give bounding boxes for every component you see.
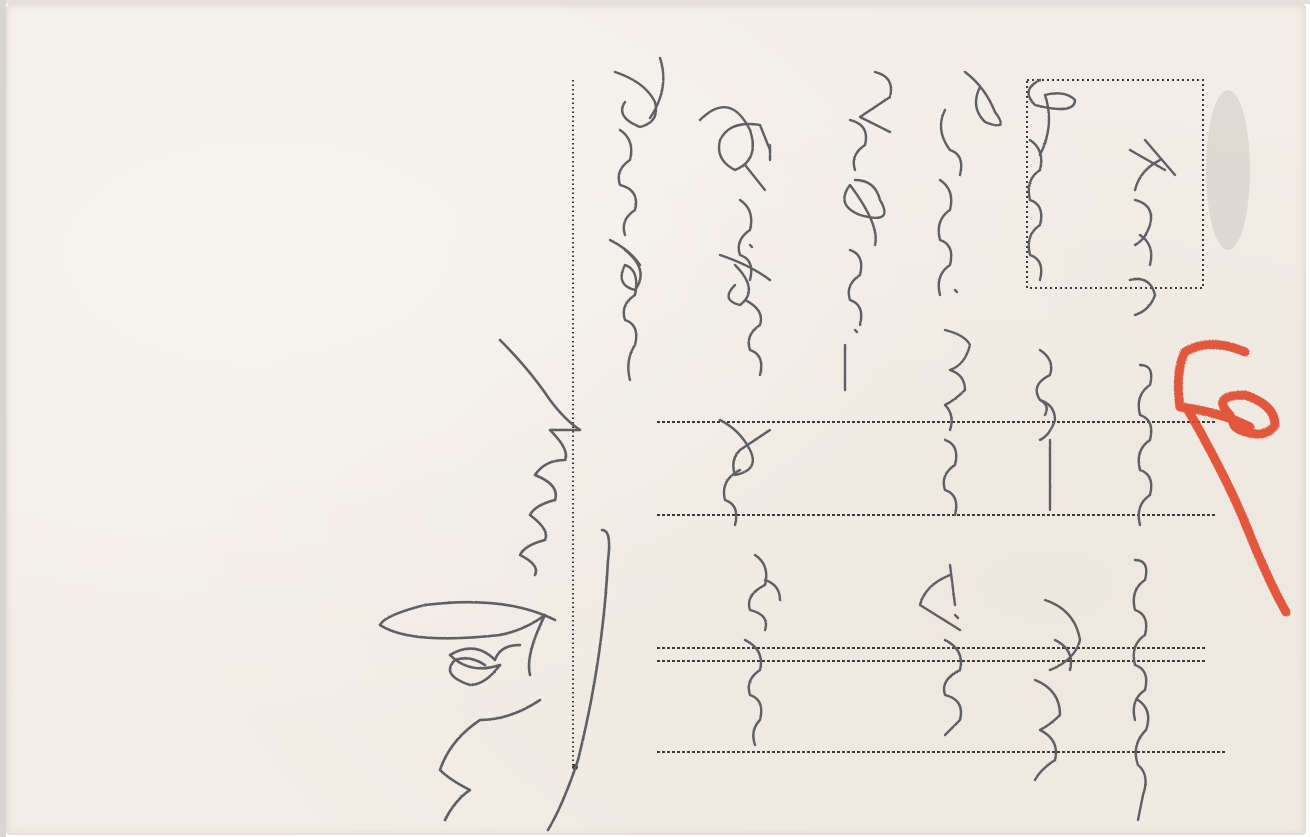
message-line-4 — [844, 72, 891, 390]
stamp-box — [1027, 80, 1203, 288]
signature-underline — [548, 530, 609, 830]
message-line-1 — [1130, 140, 1175, 820]
message-line-6 — [610, 58, 663, 380]
message-line-5 — [700, 107, 780, 745]
signature — [380, 340, 609, 830]
red-crayon-mark — [1178, 345, 1286, 613]
handwritten-message — [610, 58, 1175, 820]
stamp-smudge — [1206, 90, 1250, 250]
postcard-artwork — [0, 0, 1310, 837]
message-line-2 — [1029, 80, 1080, 780]
message-line-3 — [920, 72, 1001, 735]
